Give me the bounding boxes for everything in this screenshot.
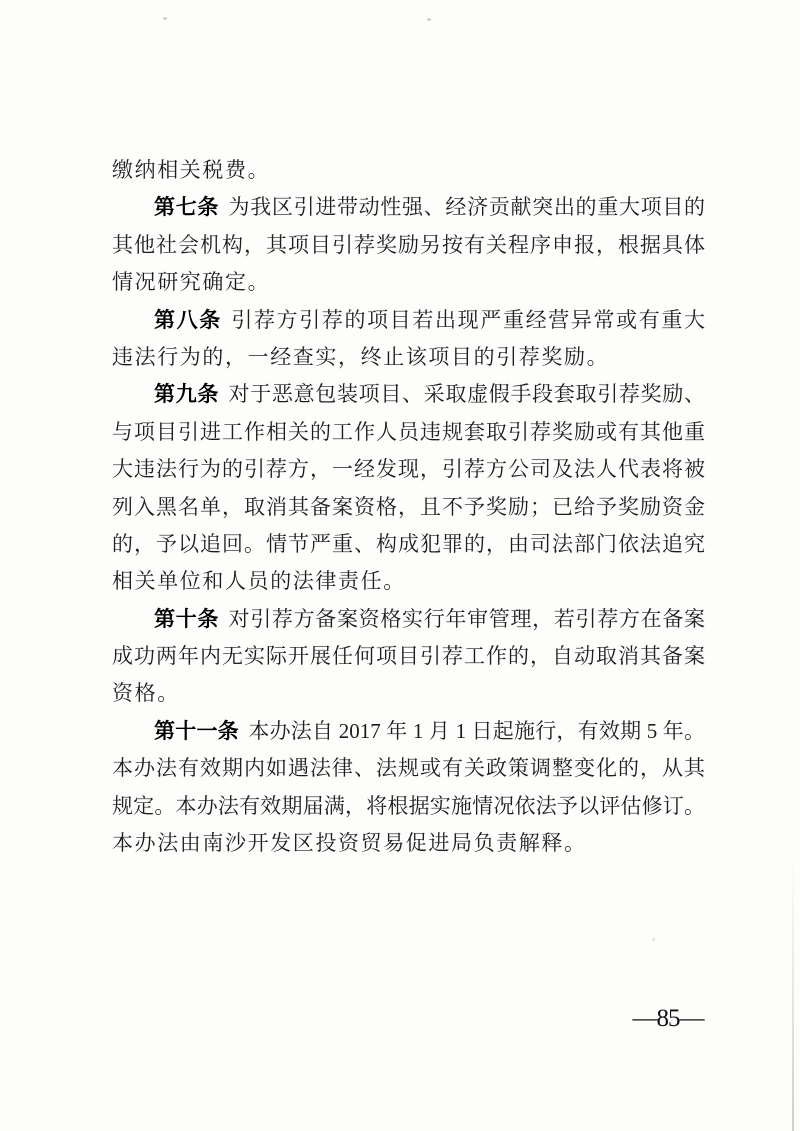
page-number: —85—: [628, 1002, 708, 1036]
text-line: 情况研究确定。: [112, 264, 705, 301]
article-text: 为我区引进带动性强、经济贡献突出的重大项目的: [219, 195, 705, 219]
article-line: 第八条引荐方引荐的项目若出现严重经营异常或有重大: [112, 302, 705, 339]
article-number: 第七条: [154, 196, 219, 219]
article-line: 第十条对引荐方备案资格实行年审管理，若引荐方在备案: [112, 601, 705, 638]
article-text: 对引荐方备案资格实行年审管理，若引荐方在备案: [219, 607, 705, 631]
article-number: 第十条: [154, 608, 219, 631]
article-number: 第八条: [154, 309, 222, 332]
text-line: 违法行为的，一经查实，终止该项目的引荐奖励。: [112, 339, 705, 376]
article-number: 第十一条: [154, 720, 239, 743]
article-line: 第七条为我区引进带动性强、经济贡献突出的重大项目的: [112, 189, 705, 226]
article-line: 第十一条本办法自 2017 年 1 月 1 日起施行，有效期 5 年。: [112, 713, 705, 750]
text-line: 成功两年内无实际开展任何项目引荐工作的，自动取消其备案: [112, 638, 705, 675]
text-line: 的，予以追回。情节严重、构成犯罪的，由司法部门依法追究: [112, 526, 705, 563]
text-line: 列入黑名单，取消其备案资格，且不予奖励；已给予奖励资金: [112, 489, 705, 526]
text-line: 本办法有效期内如遇法律、法规或有关政策调整变化的，从其: [112, 750, 705, 787]
text-line: 本办法由南沙开发区投资贸易促进局负责解释。: [112, 825, 705, 862]
text-line: 规定。本办法有效期届满，将根据实施情况依法予以评估修订。: [112, 788, 705, 825]
scan-speck: [163, 17, 167, 20]
article-text: 本办法自 2017 年 1 月 1 日起施行，有效期 5 年。: [239, 719, 705, 743]
text-line: 其他社会机构，其项目引荐奖励另按有关程序申报，根据具体: [112, 227, 705, 264]
text-line: 资格。: [112, 675, 705, 712]
text-line: 相关单位和人员的法律责任。: [112, 563, 705, 600]
article-number: 第九条: [154, 383, 219, 406]
scan-speck: [652, 938, 655, 941]
scan-edge-artifact: [792, 855, 794, 1131]
document-body: 缴纳相关税费。第七条为我区引进带动性强、经济贡献突出的重大项目的其他社会机构，其…: [112, 152, 705, 862]
text-line: 大违法行为的引荐方，一经发现，引荐方公司及法人代表将被: [112, 451, 705, 488]
article-text: 对于恶意包装项目、采取虚假手段套取引荐奖励、: [219, 382, 705, 406]
text-line: 缴纳相关税费。: [112, 152, 705, 189]
text-line: 与项目引进工作相关的工作人员违规套取引荐奖励或有其他重: [112, 414, 705, 451]
article-text: 引荐方引荐的项目若出现严重经营异常或有重大: [222, 308, 705, 332]
article-line: 第九条对于恶意包装项目、采取虚假手段套取引荐奖励、: [112, 376, 705, 413]
document-page: 缴纳相关税费。第七条为我区引进带动性强、经济贡献突出的重大项目的其他社会机构，其…: [0, 0, 800, 1131]
scan-speck: [427, 18, 431, 21]
